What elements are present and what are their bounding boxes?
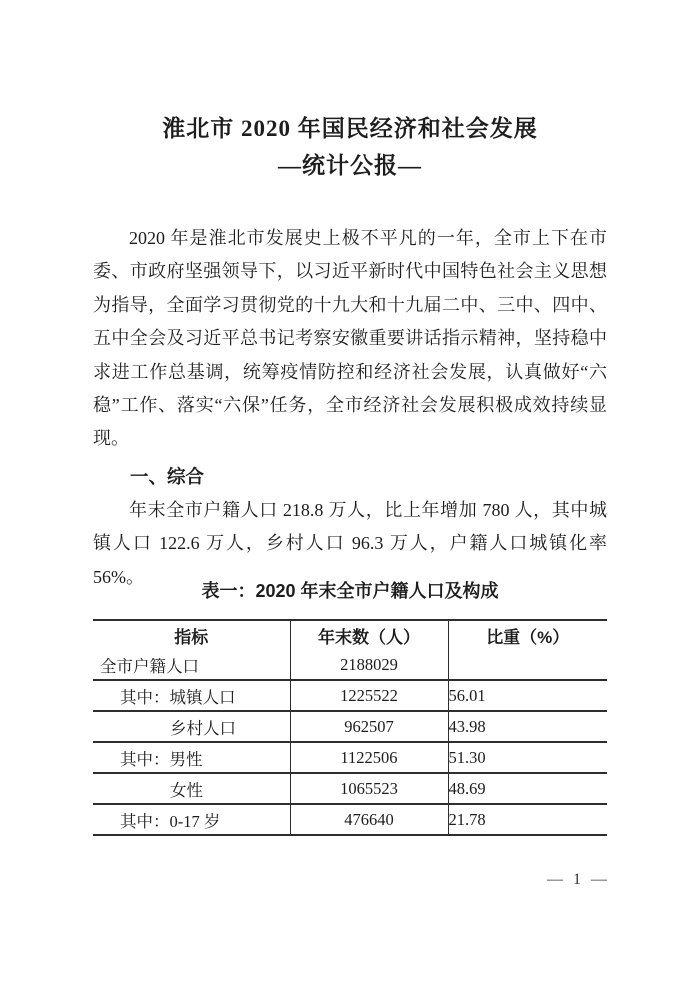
value-cell: 1065523 bbox=[290, 773, 448, 804]
share-cell: 51.30 bbox=[448, 742, 607, 773]
table-row: 其中：0-17 岁 476640 21.78 bbox=[93, 804, 607, 835]
document-title: 淮北市 2020 年国民经济和社会发展 —统计公报— bbox=[93, 110, 607, 184]
indicator-cell: 其中：男性 bbox=[93, 742, 290, 773]
title-line-1: 淮北市 2020 年国民经济和社会发展 bbox=[93, 110, 607, 147]
table-row: 女性 1065523 48.69 bbox=[93, 773, 607, 804]
indicator-cell: 女性 bbox=[93, 773, 290, 804]
title-line-2: —统计公报— bbox=[93, 147, 607, 184]
table-caption: 表一：2020 年末全市户籍人口及构成 bbox=[93, 578, 607, 604]
value-cell: 962507 bbox=[290, 711, 448, 742]
value-cell: 476640 bbox=[290, 804, 448, 835]
indicator-cell: 其中：城镇人口 bbox=[93, 680, 290, 711]
table-row: 其中：城镇人口 1225522 56.01 bbox=[93, 680, 607, 711]
share-cell bbox=[448, 650, 607, 680]
share-cell: 43.98 bbox=[448, 711, 607, 742]
table-header-row: 指标 年末数（人） 比重（%） bbox=[93, 620, 607, 650]
value-cell: 2188029 bbox=[290, 650, 448, 680]
population-table-container: 指标 年末数（人） 比重（%） 全市户籍人口 2188029 其中：城镇人口 bbox=[93, 619, 607, 836]
indicator-cell: 乡村人口 bbox=[93, 711, 290, 742]
indicator-cell: 其中：0-17 岁 bbox=[93, 804, 290, 835]
table-row: 其中：男性 1122506 51.30 bbox=[93, 742, 607, 773]
share-cell: 48.69 bbox=[448, 773, 607, 804]
section-heading: 一、综合 bbox=[93, 463, 607, 491]
table-row: 全市户籍人口 2188029 bbox=[93, 650, 607, 680]
table-row: 乡村人口 962507 43.98 bbox=[93, 711, 607, 742]
document-page: 淮北市 2020 年国民经济和社会发展 —统计公报— 2020 年是淮北市发展史… bbox=[0, 0, 700, 990]
header-cell-year-end-count: 年末数（人） bbox=[290, 620, 448, 650]
header-cell-share: 比重（%） bbox=[448, 620, 607, 650]
value-cell: 1122506 bbox=[290, 742, 448, 773]
page-number: — 1 — bbox=[93, 871, 607, 889]
indicator-cell: 全市户籍人口 bbox=[93, 650, 290, 680]
population-table: 指标 年末数（人） 比重（%） 全市户籍人口 2188029 其中：城镇人口 bbox=[93, 619, 607, 836]
table-body: 全市户籍人口 2188029 其中：城镇人口 1225522 56.01 乡村人… bbox=[93, 650, 607, 835]
value-cell: 1225522 bbox=[290, 680, 448, 711]
intro-paragraph: 2020 年是淮北市发展史上极不平凡的一年，全市上下在市委、市政府坚强领导下，以… bbox=[93, 222, 607, 456]
share-cell: 21.78 bbox=[448, 804, 607, 835]
share-cell: 56.01 bbox=[448, 680, 607, 711]
header-cell-indicator: 指标 bbox=[93, 620, 290, 650]
